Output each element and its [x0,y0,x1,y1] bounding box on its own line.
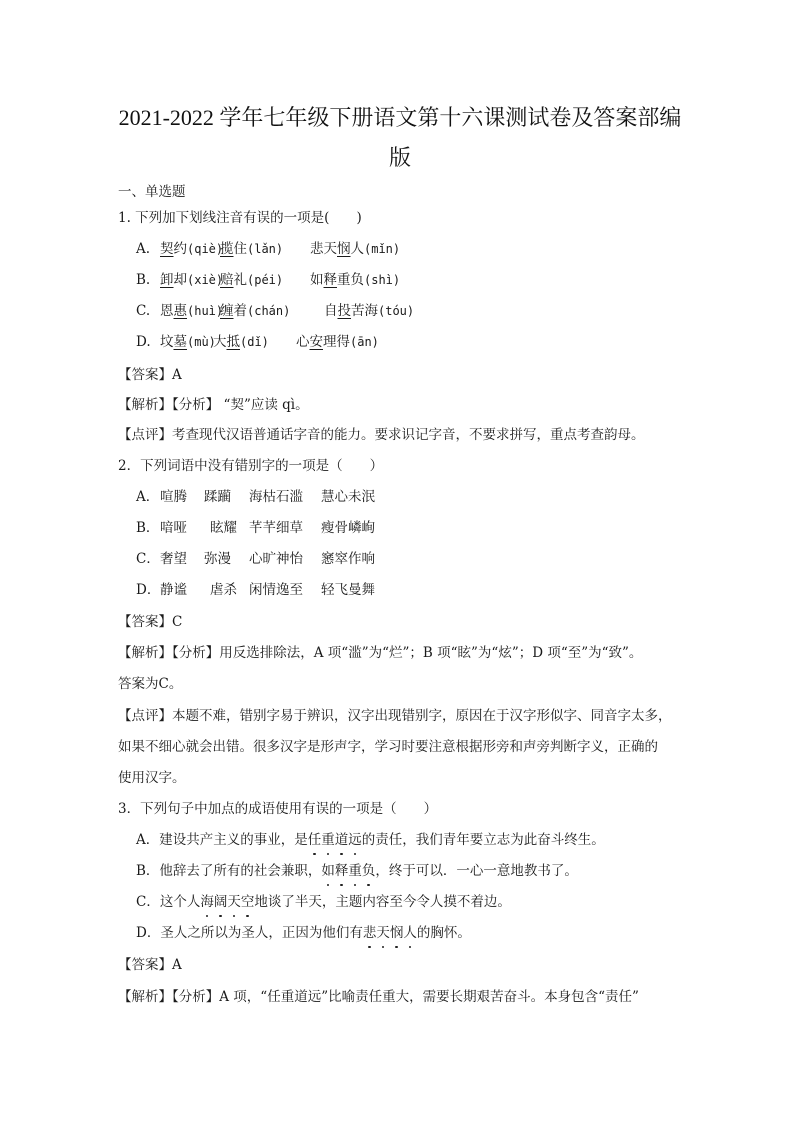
question-2-option-d-word-4: 轻飞曼舞 [321,580,375,600]
question-1-option-d-word-2: 大抵(dǐ) [213,332,269,352]
question-1-analysis: 【解析】【分析】 “契”应读 qì。 [118,395,309,415]
question-3-option-c: C．这个人海阔天空地谈了半天，主题内容至今令人摸不着边。 [136,892,511,912]
question-2-option-c-word-2: 弥漫 [204,549,231,569]
pinyin: (qiè) [187,242,223,256]
underlined-char: 卸 [160,272,174,288]
dotted-idiom: 海阔天空 [200,894,254,910]
emphasis-dot-char: 天 [376,923,390,943]
underlined-char: 墓 [174,334,188,350]
question-1-option-c-word-3: 自投苦海(tóu) [324,301,414,321]
question-3-answer: 【答案】A [118,955,182,975]
sentence-suffix: 的责任，我们青年要立志为此奋斗终生。 [362,832,605,848]
word-suffix: 人 [351,241,365,257]
question-2-option-d-label: D． [136,580,160,600]
question-3-stem: 3．下列句子中加点的成语使用有误的一项是（ ） [118,799,437,819]
word-prefix: 自 [324,303,338,319]
sentence-prefix: 这个人 [160,894,201,910]
question-2-comment-line3: 使用汉字。 [118,768,186,788]
word-suffix: 理得 [323,334,350,350]
sentence-suffix: 地谈了半天，主题内容至今令人摸不着边。 [254,894,511,910]
sentence-prefix: 圣人之所以为圣人，正因为他们有 [160,925,363,941]
question-2-analysis-line1: 【解析】【分析】用反选排除法，A 项“滥”为“烂”；B 项“眩”为“炫”；D 项… [118,643,642,663]
emphasis-dot-char: 悲 [363,923,377,943]
pinyin: (shì) [364,273,400,287]
underlined-char: 投 [338,303,352,319]
question-1-option-c-word-1: 恩惠(huì) [160,301,223,321]
question-2-option-d-word-3: 闲情逸至 [249,580,303,600]
question-1-option-c-word-2: 缠着(chán) [220,301,290,321]
question-1-option-b-word-2: 赔礼(péi) [220,270,283,290]
word-suffix: 重负 [337,272,364,288]
emphasis-dot-char: 空 [241,892,255,912]
question-2-option-a-label: A． [136,487,159,507]
underlined-char: 缠 [220,303,234,319]
word-suffix: 苦海 [351,303,378,319]
option-label: A． [136,832,159,848]
emphasis-dot-char: 如 [321,861,335,881]
question-1-option-c-label: C. [136,301,150,321]
emphasis-dot-char: 人 [403,923,417,943]
question-1-option-b-word-1: 卸却(xiè) [160,270,223,290]
word-prefix: 如 [310,272,324,288]
underlined-char: 安 [310,334,324,350]
question-1-option-d-label: D. [136,332,151,352]
underlined-char: 悯 [337,241,351,257]
pinyin: (huì) [187,304,223,318]
word-suffix: 礼 [234,272,248,288]
question-1-option-a-word-2: 揽住(lǎn) [220,239,283,259]
emphasis-dot-char: 重 [348,861,362,881]
pinyin: (xiè) [187,273,223,287]
emphasis-dot-char: 道 [335,830,349,850]
word-suffix: 住 [234,241,248,257]
question-1-option-a-word-1: 契约(qiè) [160,239,223,259]
section-heading: 一、单选题 [118,182,186,202]
word-suffix: 约 [174,241,188,257]
word-prefix: 大 [213,334,227,350]
question-1-answer: 【答案】A [118,365,182,385]
document-title-line1: 2021-2022 学年七年级下册语文第十六课测试卷及答案部编 [110,96,690,140]
word-prefix: 悲天 [310,241,337,257]
question-1-option-b-label: B. [136,270,150,290]
question-1-option-b-word-3: 如释重负(shì) [310,270,400,290]
sentence-prefix: 他辞去了所有的社会兼职， [159,863,321,879]
dotted-idiom: 任重道远 [308,832,362,848]
pinyin: (chán) [247,304,290,318]
question-2-option-c-label: C． [136,549,160,569]
question-3-option-a: A．建设共产主义的事业，是任重道远的责任，我们青年要立志为此奋斗终生。 [136,830,605,850]
question-1-comment: 【点评】考查现代汉语普通话字音的能力。要求识记字音，不要求拼写，重点考查韵母。 [118,425,645,445]
pinyin: (mù) [187,335,216,349]
pinyin: (dǐ) [240,335,269,349]
question-2-analysis-line2: 答案为C。 [118,674,182,694]
question-2-option-b-word-4: 瘦骨嶙峋 [321,518,375,538]
question-2-comment-line1: 【点评】本题不难，错别字易于辨识，汉字出现错别字，原因在于汉字形似字、同音字太多… [118,706,672,726]
option-label: C． [136,894,160,910]
option-label: B． [136,863,159,879]
underlined-char: 契 [160,241,174,257]
sentence-suffix: ，终于可以．一心一意地教书了。 [375,863,578,879]
pinyin: (lǎn) [247,242,283,256]
question-1-option-a-label: A. [136,239,150,259]
question-2-option-c-word-3: 心旷神怡 [249,549,303,569]
emphasis-dot-char: 负 [362,861,376,881]
question-2-comment-line2: 如果不细心就会出错。很多汉字是形声字，学习时要注意根据形旁和声旁判断字义，正确的 [118,737,658,757]
emphasis-dot-char: 重 [321,830,335,850]
word-prefix: 恩 [160,303,174,319]
word-prefix: 坟 [160,334,174,350]
underlined-char: 释 [324,272,338,288]
emphasis-dot-char: 释 [335,861,349,881]
underlined-char: 抵 [227,334,241,350]
dotted-idiom: 悲天悯人 [363,925,417,941]
emphasis-dot-char: 远 [348,830,362,850]
question-2-option-c-word-4: 窸窣作响 [321,549,375,569]
dotted-idiom: 如释重负 [321,863,375,879]
document-page: 2021-2022 学年七年级下册语文第十六课测试卷及答案部编 版 一、单选题 … [0,0,793,1122]
emphasis-dot-char: 天 [227,892,241,912]
question-3-option-b: B．他辞去了所有的社会兼职，如释重负，终于可以．一心一意地教书了。 [136,861,578,881]
sentence-prefix: 建设共产主义的事业，是 [159,832,308,848]
question-2-option-a-word-2: 蹂躏 [204,487,231,507]
word-prefix: 心 [296,334,310,350]
underlined-char: 揽 [220,241,234,257]
question-1-option-a-word-3: 悲天悯人(mǐn) [310,239,400,259]
question-2-option-a-word-4: 慧心未泯 [321,487,375,507]
pinyin: (péi) [247,273,283,287]
pinyin: (ān) [350,335,379,349]
question-2-option-b-word-1: 喑哑 [160,518,187,538]
emphasis-dot-char: 悯 [390,923,404,943]
word-suffix: 却 [174,272,188,288]
question-2-option-a-word-3: 海枯石滥 [249,487,303,507]
question-2-option-d-word-2: 虐杀 [210,580,237,600]
underlined-char: 赔 [220,272,234,288]
emphasis-dot-char: 阔 [214,892,228,912]
option-label: D． [136,925,160,941]
question-2-option-d-word-1: 静谧 [160,580,187,600]
question-1-option-d-word-3: 心安理得(ān) [296,332,379,352]
question-2-option-a-word-1: 喧腾 [160,487,187,507]
question-2-option-c-word-1: 奢望 [160,549,187,569]
question-3-analysis: 【解析】【分析】A 项，“任重道远”比喻责任重大，需要长期艰苦奋斗。本身包含“责… [118,987,639,1007]
document-title-line2: 版 [110,136,690,180]
question-2-stem: 2．下列词语中没有错别字的一项是（ ） [118,456,383,476]
sentence-suffix: 的胸怀。 [417,925,471,941]
question-2-option-b-word-2: 眩耀 [210,518,237,538]
emphasis-dot-char: 海 [200,892,214,912]
word-suffix: 着 [234,303,248,319]
emphasis-dot-char: 任 [308,830,322,850]
question-2-answer: 【答案】C [118,612,182,632]
underlined-char: 惠 [174,303,188,319]
pinyin: (mǐn) [364,242,400,256]
question-2-option-b-word-3: 芊芊细草 [249,518,303,538]
question-2-option-b-label: B． [136,518,159,538]
question-1-option-d-word-1: 坟墓(mù) [160,332,216,352]
pinyin: (tóu) [378,304,414,318]
question-1-stem: 1. 下列加下划线注音有误的一项是( ) [118,208,362,228]
question-3-option-d: D．圣人之所以为圣人，正因为他们有悲天悯人的胸怀。 [136,923,471,943]
